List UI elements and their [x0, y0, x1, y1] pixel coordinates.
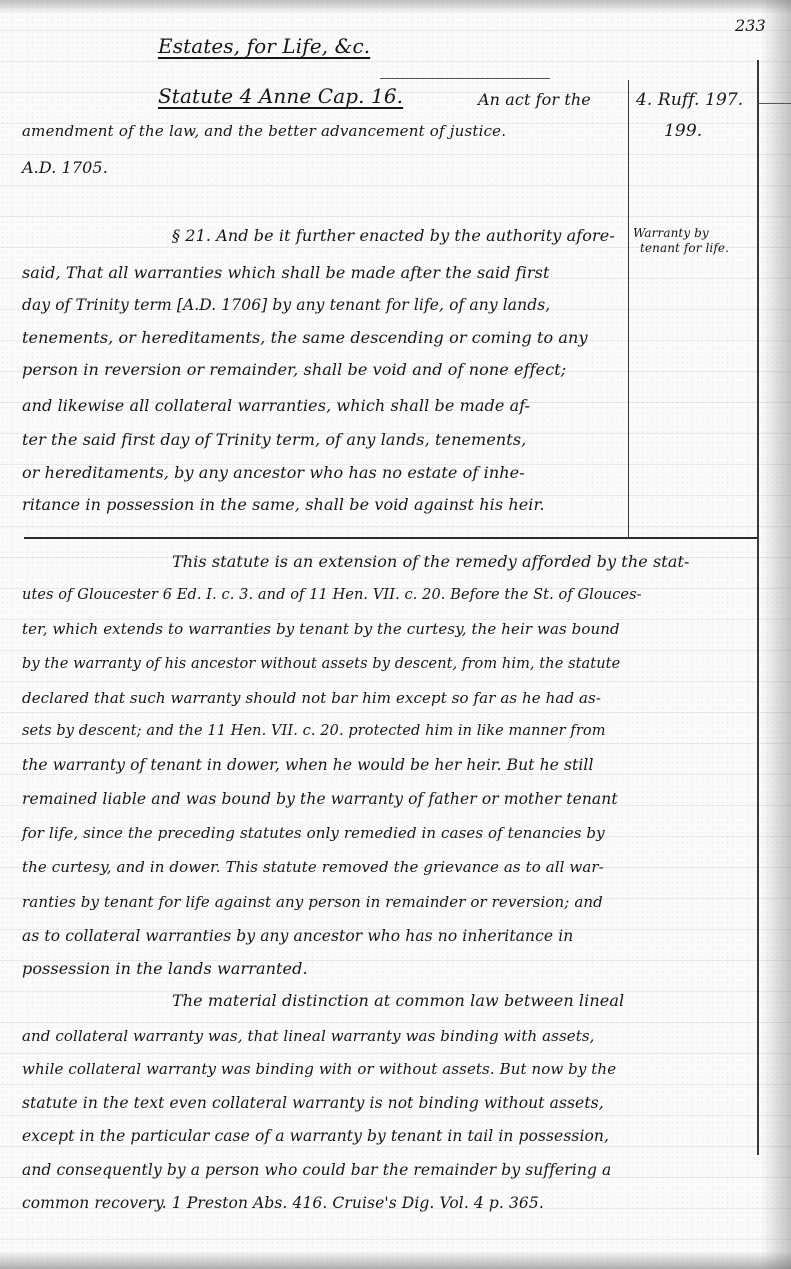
margin-rule-right	[757, 60, 759, 1155]
commentary-line: common recovery. 1 Preston Abs. 416. Cru…	[22, 1195, 544, 1211]
commentary-line: except in the particular case of a warra…	[22, 1128, 609, 1144]
scan-edge-right	[761, 0, 791, 1269]
margin-note-line-1: Warranty by	[633, 226, 709, 240]
commentary-line: and collateral warranty was, that lineal…	[22, 1028, 595, 1044]
commentary-line: This statute is an extension of the reme…	[172, 554, 690, 570]
scan-edge-bottom	[0, 1251, 791, 1269]
commentary-line: declared that such warranty should not b…	[22, 690, 601, 706]
page-heading: Estates, for Life, &c.	[158, 38, 370, 54]
margin-citation-line-1: 4. Ruff. 197.	[636, 92, 743, 108]
margin-citation-line-2: 199.	[664, 123, 702, 139]
commentary-line: ter, which extends to warranties by tena…	[22, 621, 620, 637]
margin-note-line-2: tenant for life.	[640, 241, 729, 255]
section-21-line: or hereditaments, by any ancestor who ha…	[22, 465, 525, 481]
statute-intro-line-3: A.D. 1705.	[22, 160, 108, 176]
margin-rule-left	[628, 80, 629, 537]
section-21-line: and likewise all collateral warranties, …	[22, 398, 530, 414]
section-21-line: day of Trinity term [A.D. 1706] by any t…	[22, 297, 550, 313]
section-21-line: person in reversion or remainder, shall …	[22, 362, 566, 378]
heading-underline-extension	[380, 78, 550, 79]
commentary-line: remained liable and was bound by the war…	[22, 791, 618, 807]
commentary-line: and consequently by a person who could b…	[22, 1162, 611, 1178]
section-21-line: ritance in possession in the same, shall…	[22, 497, 545, 513]
commentary-line: by the warranty of his ancestor without …	[22, 656, 620, 672]
commentary-line: as to collateral warranties by any ances…	[22, 928, 573, 944]
margin-row-rule-1	[758, 103, 791, 104]
commentary-line: for life, since the preceding statutes o…	[22, 825, 605, 841]
section-21-line: tenements, or hereditaments, the same de…	[22, 330, 588, 346]
commentary-line: the curtesy, and in dower. This statute …	[22, 859, 604, 875]
commentary-line: while collateral warranty was binding wi…	[22, 1061, 616, 1077]
statute-intro-line-2: amendment of the law, and the better adv…	[22, 123, 506, 139]
manuscript-page: 233 Estates, for Life, &c. Statute 4 Ann…	[0, 0, 791, 1269]
section-21-line: said, That all warranties which shall be…	[22, 265, 550, 281]
section-21-line: ter the said first day of Trinity term, …	[22, 432, 526, 448]
statute-intro-line-1: An act for the	[478, 92, 591, 108]
scan-edge-top	[0, 0, 791, 14]
statute-title: Statute 4 Anne Cap. 16.	[158, 88, 403, 104]
commentary-line: sets by descent; and the 11 Hen. VII. c.…	[22, 723, 606, 739]
commentary-line: possession in the lands warranted.	[22, 961, 308, 977]
commentary-line: the warranty of tenant in dower, when he…	[22, 757, 594, 773]
commentary-line: The material distinction at common law b…	[172, 993, 624, 1009]
section-divider-rule	[24, 537, 757, 539]
page-number: 233	[735, 18, 766, 34]
section-21-line: § 21. And be it further enacted by the a…	[172, 228, 615, 244]
commentary-line: utes of Gloucester 6 Ed. I. c. 3. and of…	[22, 587, 642, 603]
commentary-line: ranties by tenant for life against any p…	[22, 894, 603, 910]
commentary-line: statute in the text even collateral warr…	[22, 1095, 604, 1111]
